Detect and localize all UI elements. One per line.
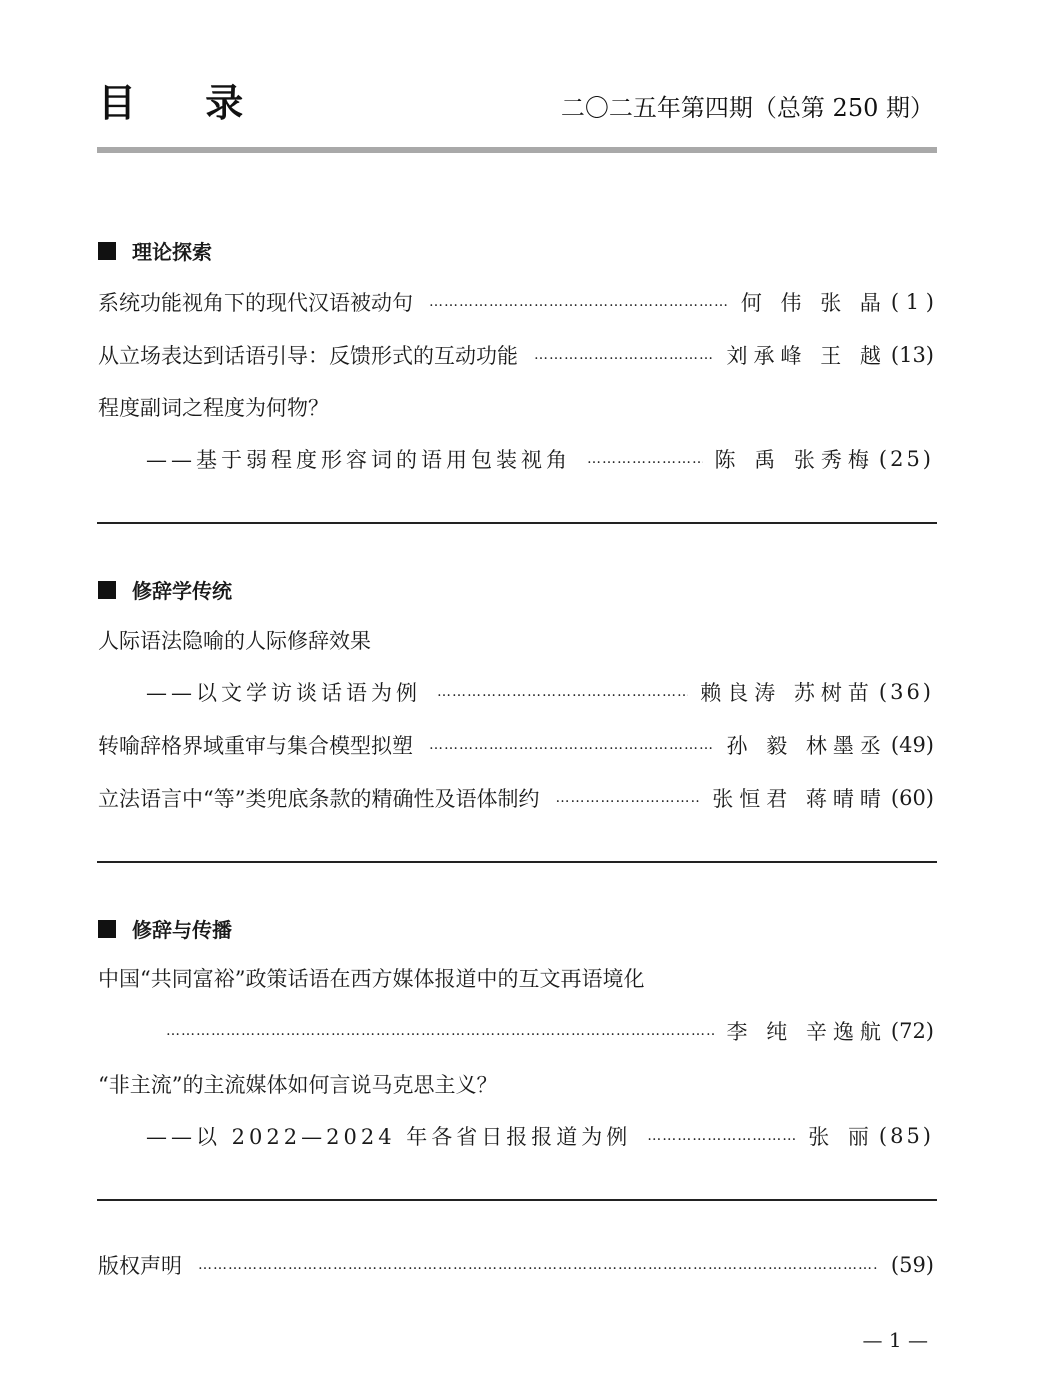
toc-entry-continuation[interactable]: …………………………………………………………………………………………………………… bbox=[166, 1016, 934, 1046]
entry-subtitle: ——基于弱程度形容词的语用包装视角 bbox=[146, 444, 571, 474]
entry-authors: 陈 禹 张秀梅 bbox=[715, 444, 875, 474]
toc-entry[interactable]: 转喻辞格界域重审与集合模型拟塑 ………………………………………………………………… bbox=[98, 730, 934, 760]
toc-entry[interactable]: 人际语法隐喻的人际修辞效果 bbox=[98, 625, 934, 655]
page-title: 目 录 bbox=[98, 72, 271, 127]
toc-entry[interactable]: “非主流”的主流媒体如何言说马克思主义？ bbox=[98, 1069, 934, 1099]
entry-authors: 张 丽 bbox=[808, 1121, 875, 1151]
section-heading: 修辞学传统 bbox=[98, 575, 232, 604]
issue-label: 二〇二五年第四期（总第 250 期） bbox=[561, 88, 934, 123]
entry-title: 系统功能视角下的现代汉语被动句 bbox=[98, 287, 413, 317]
entry-page: ( 1 ) bbox=[891, 290, 934, 314]
toc-entry[interactable]: 立法语言中“等”类兜底条款的精确性及语体制约 ……………………………………………… bbox=[98, 783, 934, 813]
entry-authors: 李 纯 辛逸航 bbox=[727, 1016, 887, 1046]
header-divider bbox=[97, 147, 937, 153]
leader-dots: …………………………………………………………………………………………………………… bbox=[555, 790, 700, 806]
entry-title: 程度副词之程度为何物？ bbox=[98, 392, 329, 422]
entry-title: 人际语法隐喻的人际修辞效果 bbox=[98, 625, 371, 655]
entry-subtitle: ——以 2022—2024 年各省日报报道为例 bbox=[146, 1121, 631, 1151]
section-divider bbox=[97, 1199, 937, 1201]
entry-authors: 张恒君 蒋晴晴 bbox=[712, 783, 887, 813]
toc-entry-subtitle[interactable]: ——以 2022—2024 年各省日报报道为例 …………………………………………… bbox=[98, 1121, 934, 1151]
entry-authors: 赖良涛 苏树苗 bbox=[700, 677, 875, 707]
entry-title: 立法语言中“等”类兜底条款的精确性及语体制约 bbox=[98, 783, 539, 813]
entry-authors: 何 伟 张 晶 bbox=[741, 287, 887, 317]
square-bullet-icon bbox=[98, 581, 116, 599]
section-heading: 理论探索 bbox=[98, 236, 212, 265]
section-heading-label: 修辞学传统 bbox=[132, 575, 232, 604]
entry-page: (36) bbox=[879, 680, 934, 704]
toc-entry[interactable]: 系统功能视角下的现代汉语被动句 ………………………………………………………………… bbox=[98, 287, 934, 317]
leader-dots: …………………………………………………………………………………………………………… bbox=[534, 347, 715, 363]
toc-entry-subtitle[interactable]: ——基于弱程度形容词的语用包装视角 …………………………………………………………… bbox=[98, 444, 934, 474]
square-bullet-icon bbox=[98, 242, 116, 260]
leader-dots: …………………………………………………………………………………………………………… bbox=[437, 684, 688, 700]
entry-page: (60) bbox=[891, 786, 934, 810]
leader-dots: …………………………………………………………………………………………………………… bbox=[429, 294, 729, 310]
toc-entry[interactable]: 中国“共同富裕”政策话语在西方媒体报道中的互文再语境化 bbox=[98, 963, 934, 993]
section-divider bbox=[97, 522, 937, 524]
toc-entry[interactable]: 从立场表达到话语引导：反馈形式的互动功能 …………………………………………………… bbox=[98, 340, 934, 370]
entry-page: (85) bbox=[879, 1124, 934, 1148]
toc-entry[interactable]: 程度副词之程度为何物？ bbox=[98, 392, 934, 422]
toc-entry-copyright[interactable]: 版权声明 ……………………………………………………………………………………………… bbox=[98, 1250, 934, 1280]
entry-title: “非主流”的主流媒体如何言说马克思主义？ bbox=[98, 1069, 497, 1099]
section-heading-label: 理论探索 bbox=[132, 236, 212, 265]
section-divider bbox=[97, 861, 937, 863]
page-number: — 1 — bbox=[863, 1328, 928, 1352]
leader-dots: …………………………………………………………………………………………………………… bbox=[166, 1023, 715, 1039]
section-heading: 修辞与传播 bbox=[98, 914, 232, 943]
leader-dots: …………………………………………………………………………………………………………… bbox=[198, 1257, 879, 1273]
entry-page: (59) bbox=[891, 1253, 934, 1277]
entry-page: (13) bbox=[891, 343, 934, 367]
square-bullet-icon bbox=[98, 920, 116, 938]
entry-authors: 孙 毅 林墨丞 bbox=[727, 730, 887, 760]
entry-authors: 刘承峰 王 越 bbox=[727, 340, 887, 370]
toc-entry-subtitle[interactable]: ——以文学访谈话语为例 …………………………………………………………………………… bbox=[98, 677, 934, 707]
leader-dots: …………………………………………………………………………………………………………… bbox=[647, 1128, 796, 1144]
entry-title: 转喻辞格界域重审与集合模型拟塑 bbox=[98, 730, 413, 760]
leader-dots: …………………………………………………………………………………………………………… bbox=[429, 737, 715, 753]
section-heading-label: 修辞与传播 bbox=[132, 914, 232, 943]
entry-page: (72) bbox=[891, 1019, 934, 1043]
leader-dots: …………………………………………………………………………………………………………… bbox=[587, 451, 703, 467]
entry-subtitle: ——以文学访谈话语为例 bbox=[146, 677, 421, 707]
entry-title: 从立场表达到话语引导：反馈形式的互动功能 bbox=[98, 340, 518, 370]
entry-page: (49) bbox=[891, 733, 934, 757]
entry-title: 中国“共同富裕”政策话语在西方媒体报道中的互文再语境化 bbox=[98, 963, 644, 993]
entry-page: (25) bbox=[879, 447, 934, 471]
entry-title: 版权声明 bbox=[98, 1250, 182, 1280]
